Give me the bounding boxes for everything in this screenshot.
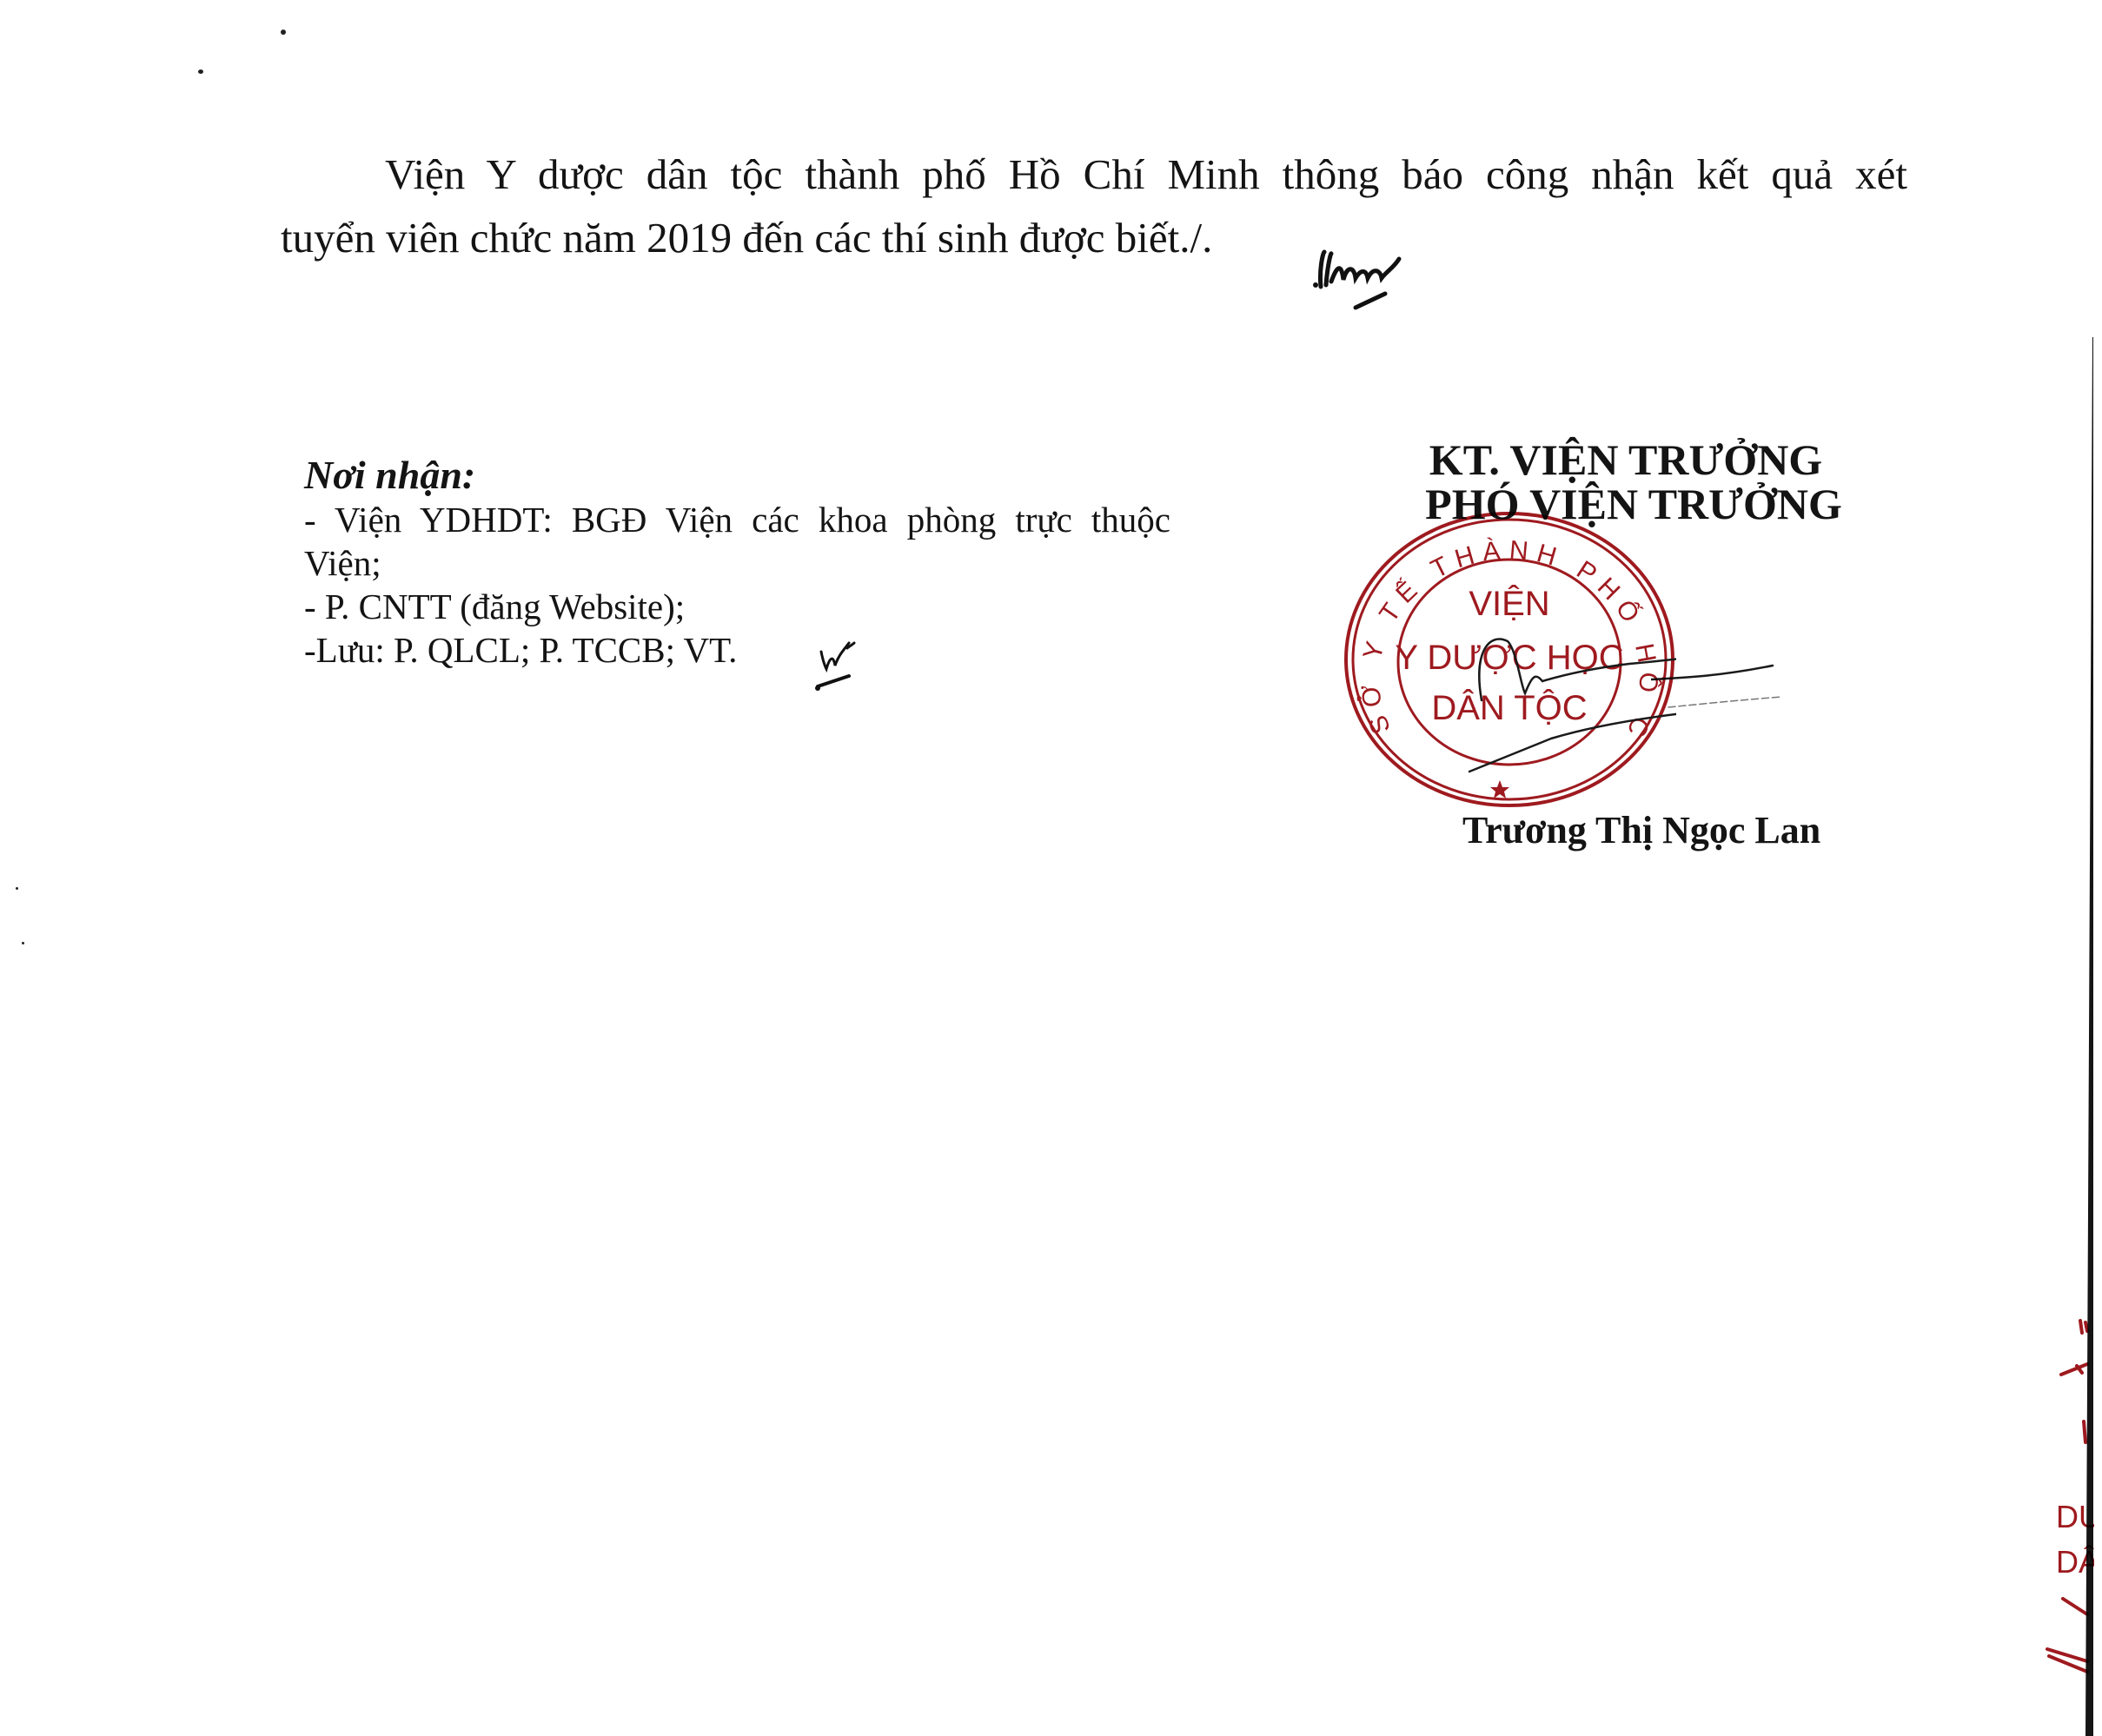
scan-speck [198, 70, 203, 74]
recipient-item: - P. CNTT (đăng Website); [304, 589, 685, 625]
recipients-title: Nơi nhận: [304, 452, 475, 498]
signer-name: Trương Thị Ngọc Lan [1462, 808, 1820, 852]
star-icon [1490, 780, 1509, 798]
partial-stamp-fragment: DU DÂ [2025, 1303, 2094, 1703]
scan-speck [16, 887, 18, 890]
body-paragraph-line-2: tuyển viên chức năm 2019 đến các thí sin… [281, 216, 1212, 259]
recipient-item: -Lưu: P. QLCL; P. TCCB; VT. [304, 633, 737, 668]
body-paragraph-line-1: Viện Y dược dân tộc thành phố Hồ Chí Min… [385, 153, 1907, 195]
signature-heading-line-1: KT. VIỆN TRƯỞNG [1425, 438, 1827, 481]
recipient-item: - Viện YDHDT: BGĐ Viện các khoa phòng tr… [304, 502, 1170, 538]
partial-stamp-text-1: DU [2056, 1499, 2094, 1534]
handwritten-initials-icon [1312, 228, 1408, 315]
handwritten-checkmark-icon [812, 634, 873, 695]
scan-speck [281, 30, 286, 35]
scan-speck [22, 942, 24, 944]
partial-stamp-text-2: DÂ [2056, 1544, 2094, 1580]
recipient-item: Viện; [304, 546, 381, 581]
official-seal-stamp: SỞ Y TẾ THÀNH PHỐ HỒ CHÍ MINH VIỆN Y DƯỢ… [1343, 511, 1676, 808]
stamp-center-line-1: VIỆN [1469, 584, 1549, 623]
stamp-center-line-3: DÂN TỘC [1431, 688, 1587, 727]
